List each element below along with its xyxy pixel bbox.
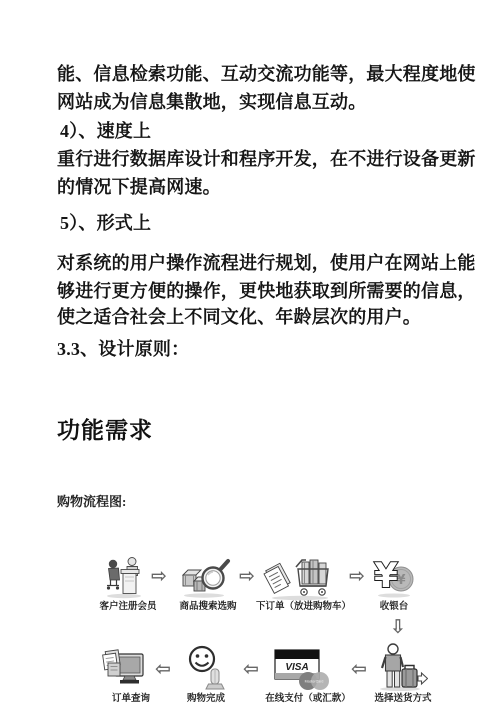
body-line: 够进行更方便的操作，更快地获取到所需要的信息， bbox=[57, 279, 476, 303]
flow-label-order: 下订单（放进购物车） bbox=[256, 601, 350, 613]
magnifier-goods-icon bbox=[180, 557, 232, 599]
flow-node-inquiry bbox=[100, 645, 146, 691]
monitor-papers-icon bbox=[100, 645, 146, 691]
body-line: 网站成为信息集散地，实现信息互动。 bbox=[57, 90, 366, 114]
body-line: 3.3、设计原则： bbox=[57, 337, 189, 361]
flow-node-search bbox=[180, 557, 232, 599]
body-line: 重行进行数据库设计和程序开发，在不进行设备更新 bbox=[57, 147, 476, 171]
flow-label-complete: 购物完成 bbox=[170, 693, 242, 705]
arrow-left-icon: ⇦ bbox=[155, 660, 171, 679]
body-line: 4）、速度上 bbox=[60, 119, 151, 143]
flow-node-register bbox=[102, 555, 146, 599]
arrow-down-icon: ⇩ bbox=[390, 618, 406, 637]
flow-label-register: 客户注册会员 bbox=[92, 601, 164, 613]
section-heading: 功能需求 bbox=[57, 412, 153, 445]
yen-coins-icon: ¥ ¥ bbox=[372, 556, 416, 598]
flow-label-delivery: 选择送货方式 bbox=[358, 693, 448, 705]
person-luggage-icon bbox=[376, 642, 428, 692]
document-page: 能、信息检索功能、互动交流功能等，最大程度地使 网站成为信息集散地，实现信息互动… bbox=[0, 0, 500, 708]
body-line: 对系统的用户操作流程进行规划，使用户在网站上能 bbox=[57, 251, 476, 275]
body-line: 的情况下提高网速。 bbox=[57, 175, 221, 199]
flow-label-payment: 在线支付（或汇款） bbox=[258, 693, 358, 705]
credit-card-icon: VISA MasterCard bbox=[274, 648, 332, 692]
document-cart-icon bbox=[262, 553, 334, 601]
flow-label-inquiry: 订单查询 bbox=[95, 693, 167, 705]
body-line: 能、信息检索功能、互动交流功能等，最大程度地使 bbox=[57, 62, 476, 86]
arrow-left-icon: ⇦ bbox=[351, 660, 367, 679]
arrow-right-icon: ⇨ bbox=[239, 567, 255, 586]
arrow-left-icon: ⇦ bbox=[243, 660, 259, 679]
arrow-right-icon: ⇨ bbox=[151, 567, 167, 586]
flow-label-cashier: 收银台 bbox=[364, 601, 424, 613]
card-brand-text: VISA bbox=[285, 662, 308, 673]
smiley-icon bbox=[186, 645, 228, 693]
flow-node-cashier: ¥ ¥ bbox=[372, 556, 416, 598]
flow-node-order bbox=[262, 553, 334, 601]
flow-node-payment: VISA MasterCard bbox=[274, 648, 332, 692]
body-line: 使之适合社会上不同文化、年龄层次的用户。 bbox=[57, 305, 421, 329]
people-desk-icon bbox=[102, 555, 146, 599]
body-line: 5）、形式上 bbox=[60, 211, 151, 235]
flow-node-complete bbox=[186, 645, 228, 693]
card-brand2-text: MasterCard bbox=[305, 680, 324, 684]
flow-node-delivery bbox=[376, 642, 428, 692]
yen-symbol: ¥ bbox=[374, 556, 398, 596]
flowchart-caption: 购物流程图: bbox=[57, 491, 126, 510]
arrow-right-icon: ⇨ bbox=[349, 567, 365, 586]
flow-label-search: 商品搜索选购 bbox=[172, 601, 244, 613]
